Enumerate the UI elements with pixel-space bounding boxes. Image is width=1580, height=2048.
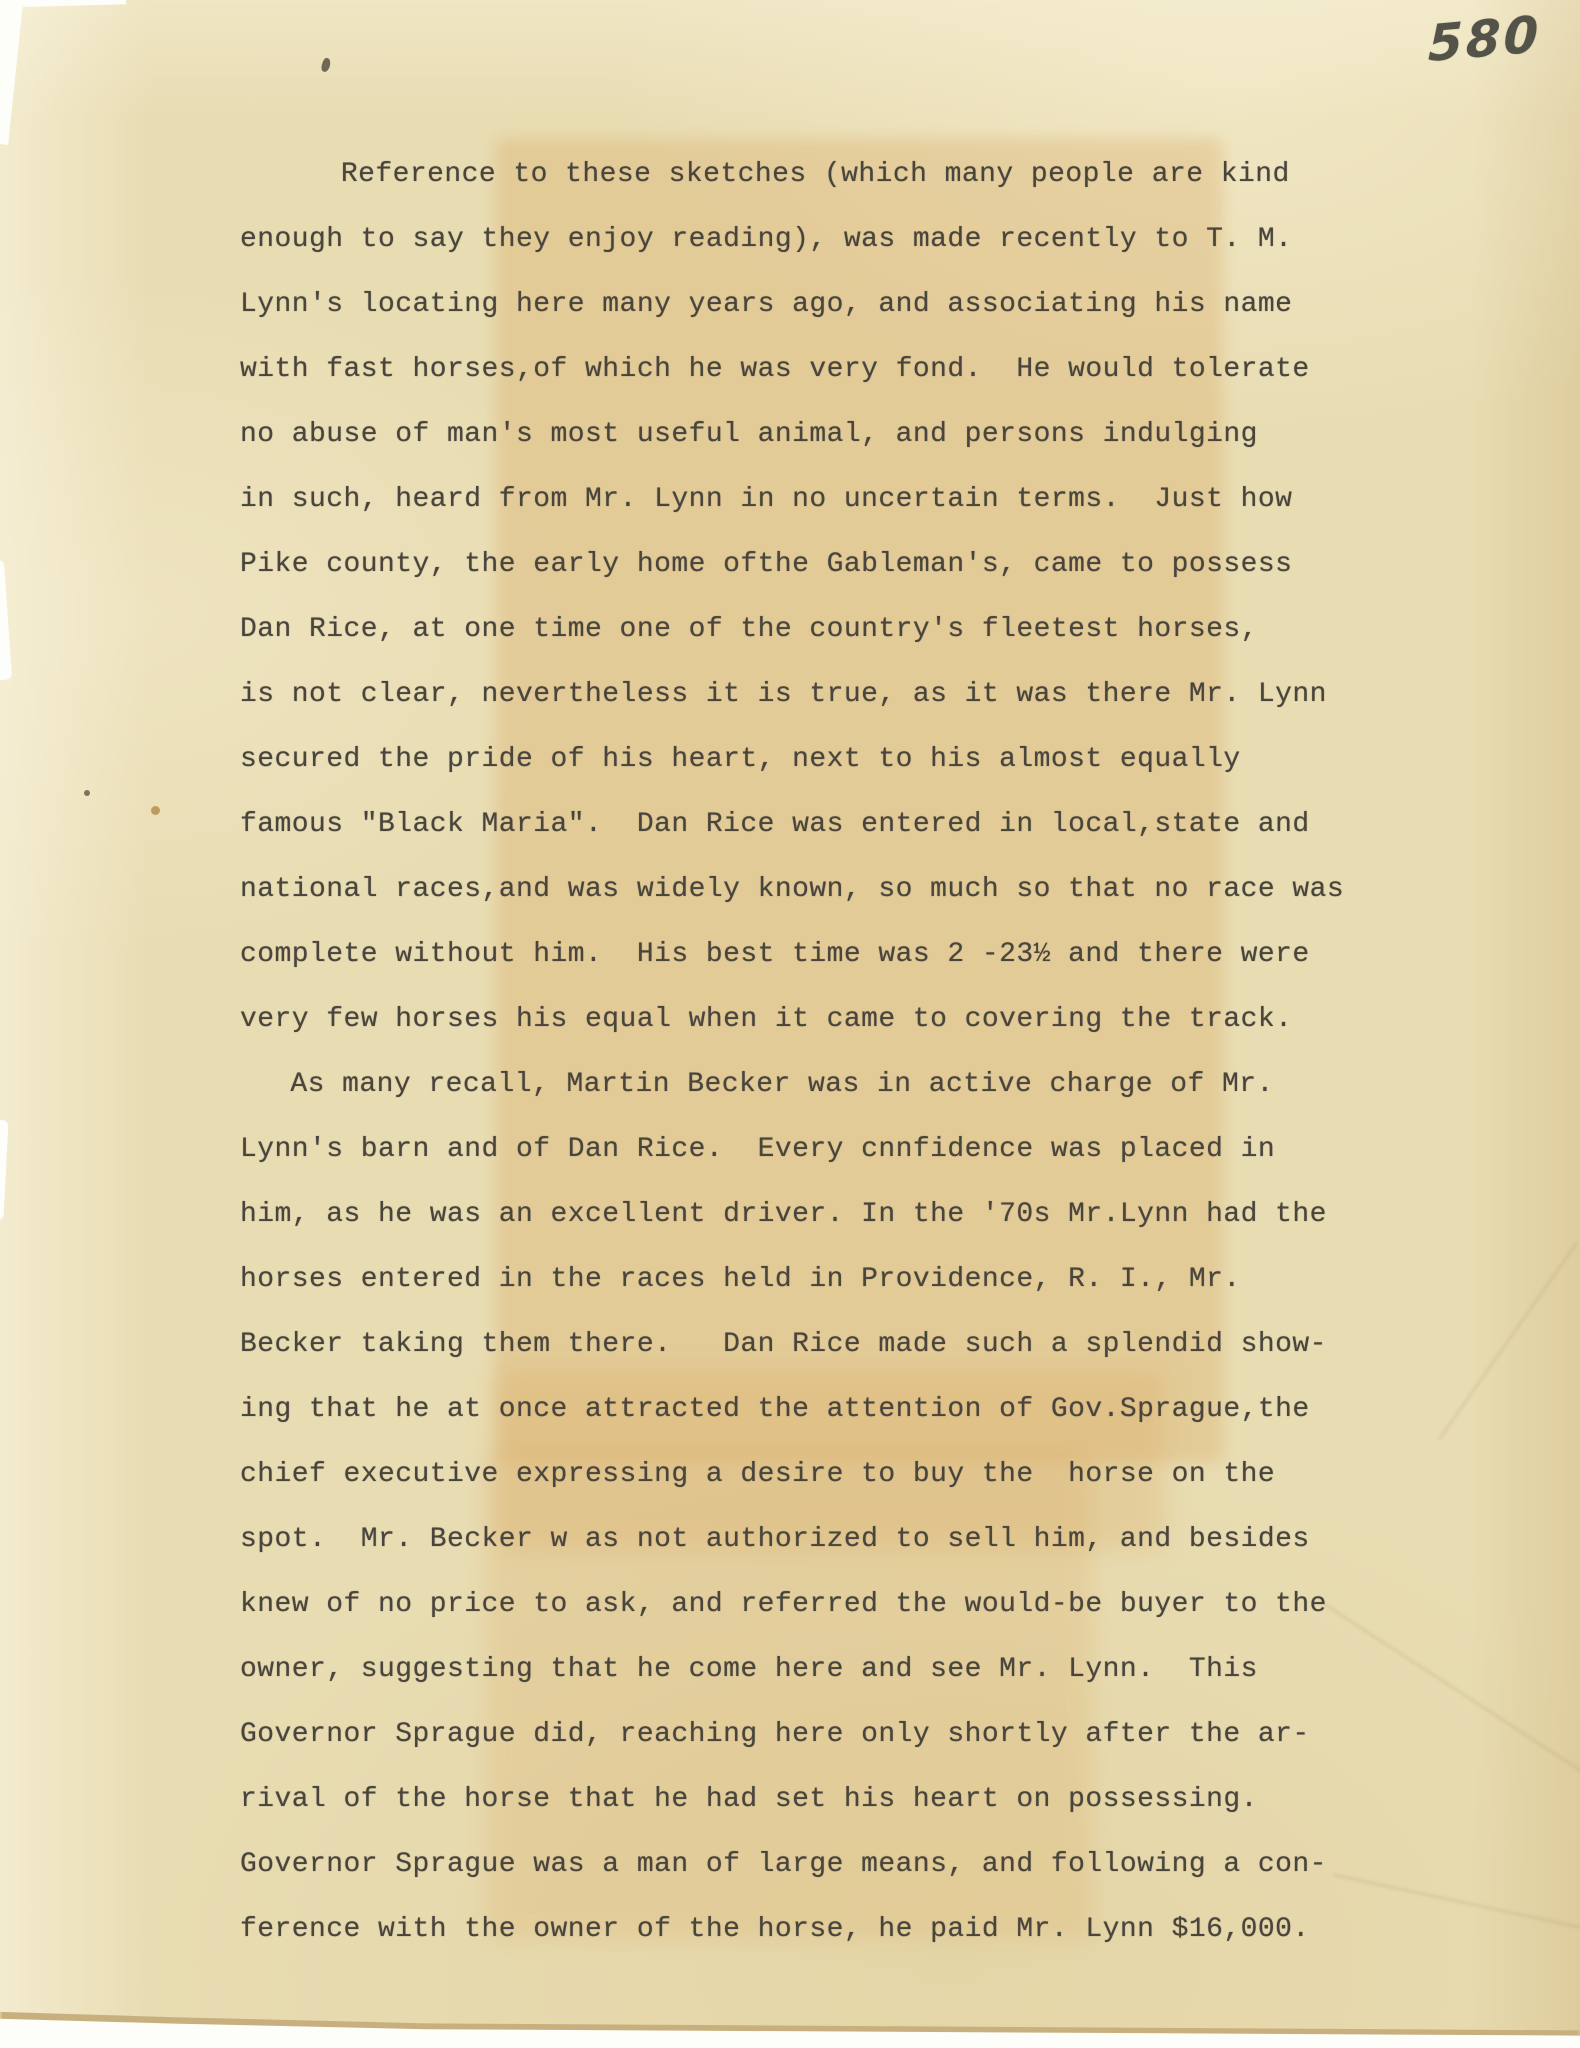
- typed-line: Pike county, the early home ofthe Gablem…: [240, 532, 1440, 597]
- typed-line: As many recall, Martin Becker was in act…: [240, 1052, 1440, 1117]
- document-page: 580 Reference to these sketches (which m…: [0, 0, 1580, 2048]
- typed-line: very few horses his equal when it came t…: [240, 987, 1440, 1052]
- page-left-edge-tear: [0, 1120, 9, 1221]
- page-bottom-edge: [0, 2010, 1580, 2048]
- typed-line: ference with the owner of the horse, he …: [240, 1897, 1440, 1962]
- page-left-edge-tear: [0, 0, 24, 145]
- typed-line: secured the pride of his heart, next to …: [240, 727, 1440, 792]
- typed-line: Governor Sprague was a man of large mean…: [240, 1832, 1440, 1897]
- page-top-edge: [0, 0, 126, 8]
- typed-line: Becker taking them there. Dan Rice made …: [240, 1312, 1440, 1377]
- typed-line: Lynn's barn and of Dan Rice. Every cnnfi…: [240, 1117, 1440, 1182]
- typed-line: Governor Sprague did, reaching here only…: [240, 1702, 1440, 1767]
- paper-crease: [1438, 1242, 1577, 1440]
- page-left-edge-tear: [0, 560, 12, 681]
- typed-line: owner, suggesting that he come here and …: [240, 1637, 1440, 1702]
- typed-line: him, as he was an excellent driver. In t…: [240, 1182, 1440, 1247]
- typed-line: Lynn's locating here many years ago, and…: [240, 272, 1440, 337]
- typed-line: spot. Mr. Becker w as not authorized to …: [240, 1507, 1440, 1572]
- typed-line: famous "Black Maria". Dan Rice was enter…: [240, 792, 1440, 857]
- typed-line: with fast horses,of which he was very fo…: [240, 337, 1440, 402]
- typed-line: in such, heard from Mr. Lynn in no uncer…: [240, 467, 1440, 532]
- typed-line: horses entered in the races held in Prov…: [240, 1247, 1440, 1312]
- typed-line: ing that he at once attracted the attent…: [240, 1377, 1440, 1442]
- handwritten-page-number: 580: [1428, 5, 1542, 73]
- scanned-document: 580 Reference to these sketches (which m…: [0, 0, 1580, 2048]
- ink-speck: [320, 57, 332, 73]
- typed-line: national races,and was widely known, so …: [240, 857, 1440, 922]
- typed-line: Reference to these sketches (which many …: [240, 142, 1440, 207]
- typed-line: enough to say they enjoy reading), was m…: [240, 207, 1440, 272]
- typed-line: rival of the horse that he had set his h…: [240, 1767, 1440, 1832]
- typed-line: knew of no price to ask, and referred th…: [240, 1572, 1440, 1637]
- ink-speck: [84, 790, 90, 796]
- typed-line: chief executive expressing a desire to b…: [240, 1442, 1440, 1507]
- typed-text-block: Reference to these sketches (which many …: [240, 142, 1440, 1962]
- page-bottom-edge-shadow: [0, 2004, 1580, 2048]
- typed-line: complete without him. His best time was …: [240, 922, 1440, 987]
- typed-line: is not clear, nevertheless it is true, a…: [240, 662, 1440, 727]
- typed-line: no abuse of man's most useful animal, an…: [240, 402, 1440, 467]
- ink-speck: [151, 806, 160, 815]
- typed-line: Dan Rice, at one time one of the country…: [240, 597, 1440, 662]
